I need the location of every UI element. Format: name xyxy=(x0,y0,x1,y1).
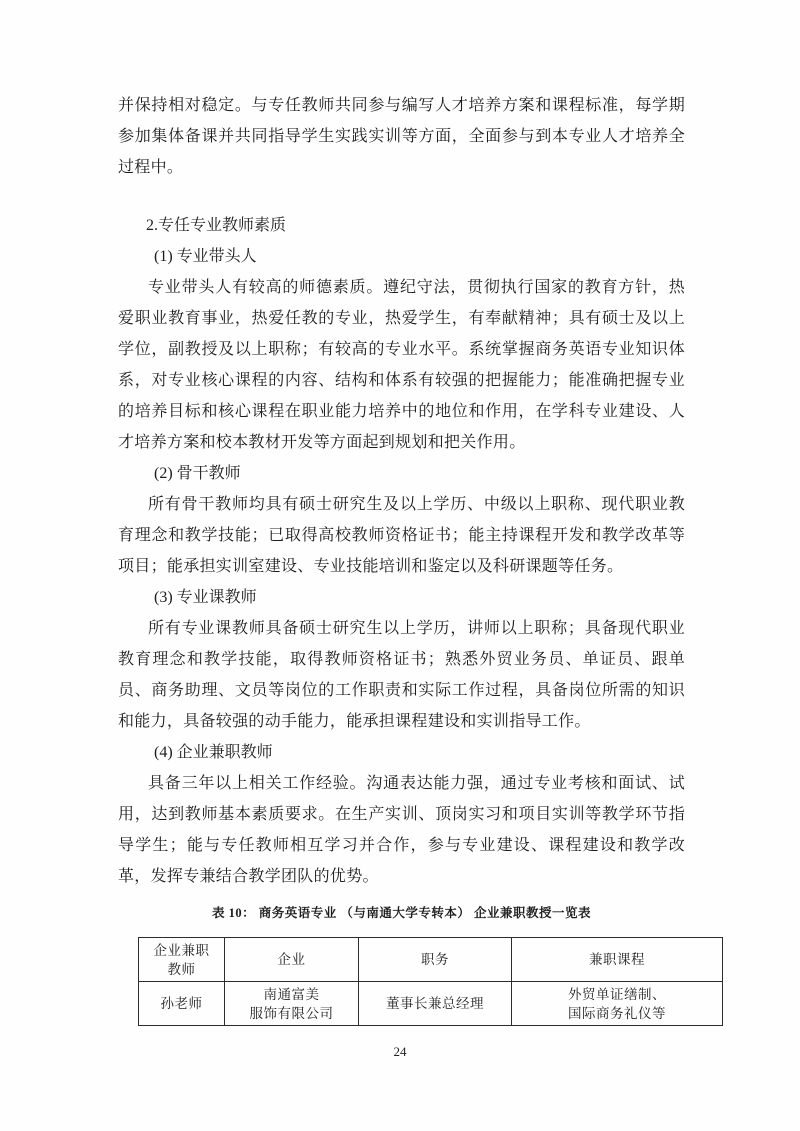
document-page: 并保持相对稳定。与专任教师共同参与编写人才培养方案和课程标准，每学期参加集体备课… xyxy=(0,0,800,1131)
subsection-paragraph-4: 具备三年以上相关工作经验。沟通表达能力强，通过专业考核和面试、试用，达到教师基本… xyxy=(118,768,685,892)
subsection-heading-4: (4) 企业兼职教师 xyxy=(118,737,685,768)
table-header-row: 企业兼职 教师 企业 职务 兼职课程 xyxy=(139,938,723,982)
subsection-heading-1: (1) 专业带头人 xyxy=(118,241,685,272)
subsection-paragraph-3: 所有专业课教师具备硕士研究生以上学历，讲师以上职称；具备现代职业教育理念和教学技… xyxy=(118,613,685,737)
intro-paragraph: 并保持相对稳定。与专任教师共同参与编写人才培养方案和课程标准，每学期参加集体备课… xyxy=(118,90,685,183)
header-cell-teacher: 企业兼职 教师 xyxy=(139,938,225,982)
table-caption: 表 10： 商务英语专业 （与南通大学专转本） 企业兼职教授一览表 xyxy=(118,905,685,922)
header-cell-courses: 兼职课程 xyxy=(512,938,723,982)
header-cell-company: 企业 xyxy=(225,938,359,982)
page-body: 并保持相对稳定。与专任教师共同参与编写人才培养方案和课程标准，每学期参加集体备课… xyxy=(118,90,685,1026)
page-number: 24 xyxy=(0,1044,800,1060)
cell-courses: 外贸单证缮制、 国际商务礼仪等 xyxy=(512,982,723,1026)
section-heading: 2.专任专业教师素质 xyxy=(118,210,685,241)
subsection-heading-3: (3) 专业课教师 xyxy=(118,582,685,613)
cell-position: 董事长兼总经理 xyxy=(359,982,512,1026)
cell-company: 南通富美 服饰有限公司 xyxy=(225,982,359,1026)
part-time-professors-table: 企业兼职 教师 企业 职务 兼职课程 孙老师 南通富美 服饰有限公司 董事长兼总… xyxy=(138,937,723,1026)
header-cell-position: 职务 xyxy=(359,938,512,982)
subsection-heading-2: (2) 骨干教师 xyxy=(118,458,685,489)
table-row: 孙老师 南通富美 服饰有限公司 董事长兼总经理 外贸单证缮制、 国际商务礼仪等 xyxy=(139,982,723,1026)
cell-teacher: 孙老师 xyxy=(139,982,225,1026)
subsection-paragraph-2: 所有骨干教师均具有硕士研究生及以上学历、中级以上职称、现代职业教育理念和教学技能… xyxy=(118,489,685,582)
subsection-paragraph-1: 专业带头人有较高的师德素质。遵纪守法，贯彻执行国家的教育方针，热爱职业教育事业，… xyxy=(118,272,685,458)
